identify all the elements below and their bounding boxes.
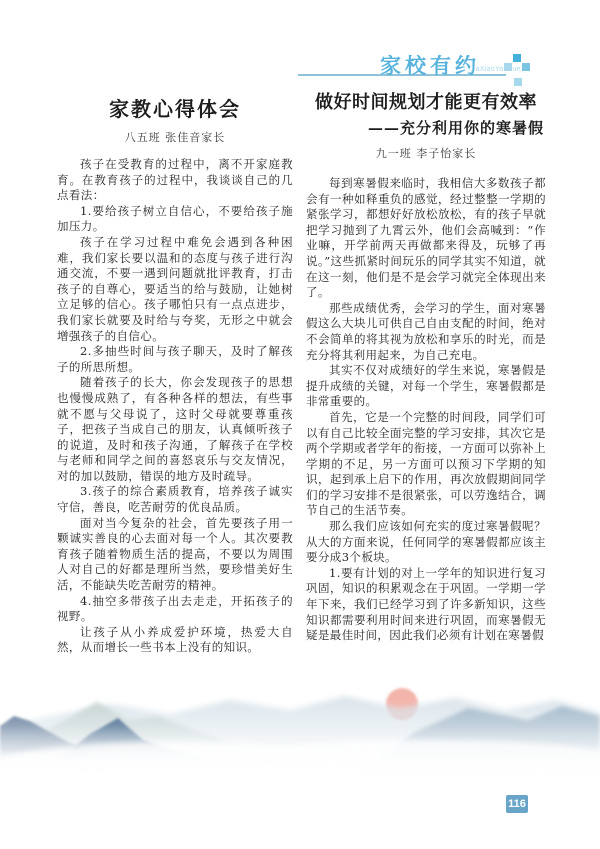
paragraph: 首先，它是一个完整的时间段，同学们可以有自己比较全面完整的学习安排，其次它是两个… (306, 410, 546, 519)
mountain-ink-painting (0, 686, 600, 806)
article-right-body: 每到寒暑假来临时，我相信大多数孩子都会有一种如释重负的感觉，经过整整一学期的紧张… (306, 176, 546, 644)
header-title: 家校有约 (380, 50, 480, 80)
article-right-author: 九一班 李子怡家长 (306, 146, 546, 162)
paragraph: 2.多抽些时间与孩子聊天，及时了解孩子的所思所想。 (57, 344, 293, 375)
paragraph: 孩子在学习过程中难免会遇到各种困难，我们家长要以温和的态度与孩子进行沟通交流，不… (57, 235, 293, 344)
paragraph: 那些成绩优秀，会学习的学生，面对寒暑假这么大块儿可供自己自由支配的时间，绝对不会… (306, 301, 546, 363)
pixel-square-icon (504, 63, 512, 71)
article-left-title: 家教心得体会 (57, 95, 293, 123)
page-number-badge: 116 (506, 795, 528, 813)
paragraph: 面对当今复杂的社会，首先要孩子用一颗诚实善良的心去面对每一个人。其次要教育孩子随… (57, 516, 293, 594)
header-subtitle: JiaXiaoYouYue (470, 66, 521, 73)
article-left-body: 孩子在受教育的过程中，离不开家庭教育。在教育孩子的过程中，我谈谈自己的几点看法：… (57, 157, 293, 656)
paragraph: 3.孩子的综合素质教育，培养孩子诚实守信，善良，吃苦耐劳的优良品质。 (57, 484, 293, 515)
paragraph: 1.要给孩子树立自信心，不要给孩子施加压力。 (57, 204, 293, 235)
paragraph: 随着孩子的长大，你会发现孩子的思想也慢慢成熟了，有各种各样的想法，有些事就不愿与… (57, 375, 293, 484)
paragraph: 4.抽空多带孩子出去走走，开拓孩子的视野。 (57, 594, 293, 625)
pixel-square-icon (522, 63, 530, 71)
article-left-author: 八五班 张佳音家长 (57, 130, 293, 146)
article-right-title: 做好时间规划才能更有效率 (306, 91, 546, 115)
magazine-page: 家校有约 JiaXiaoYouYue 家教心得体会 八五班 张佳音家长 孩子在受… (0, 0, 600, 849)
paragraph: 其实不仅对成绩好的学生来说，寒暑假是提升成绩的关键，对每一个学生，寒暑假都是非常… (306, 363, 546, 410)
pixel-square-icon (514, 78, 522, 86)
paragraph: 孩子在受教育的过程中，离不开家庭教育。在教育孩子的过程中，我谈谈自己的几点看法： (57, 157, 293, 204)
article-right: 做好时间规划才能更有效率 ——充分利用你的寒暑假 九一班 李子怡家长 每到寒暑假… (306, 91, 546, 644)
paragraph: 1.要有计划的对上一学年的知识进行复习巩固，知识的积累观念在于巩固。一学期一学年… (306, 566, 546, 644)
pixel-square-icon (513, 54, 521, 62)
article-left: 家教心得体会 八五班 张佳音家长 孩子在受教育的过程中，离不开家庭教育。在教育孩… (57, 95, 293, 656)
paragraph: 那么我们应该如何充实的度过寒暑假呢？从大的方面来说，任何同学的寒暑假都应该主要分… (306, 519, 546, 566)
paragraph: 每到寒暑假来临时，我相信大多数孩子都会有一种如释重负的感觉，经过整整一学期的紧张… (306, 176, 546, 301)
paragraph: 让孩子从小养成爱护环境，热爱大自然，从而增长一些书本上没有的知识。 (57, 625, 293, 656)
article-right-subtitle: ——充分利用你的寒暑假 (306, 117, 544, 139)
